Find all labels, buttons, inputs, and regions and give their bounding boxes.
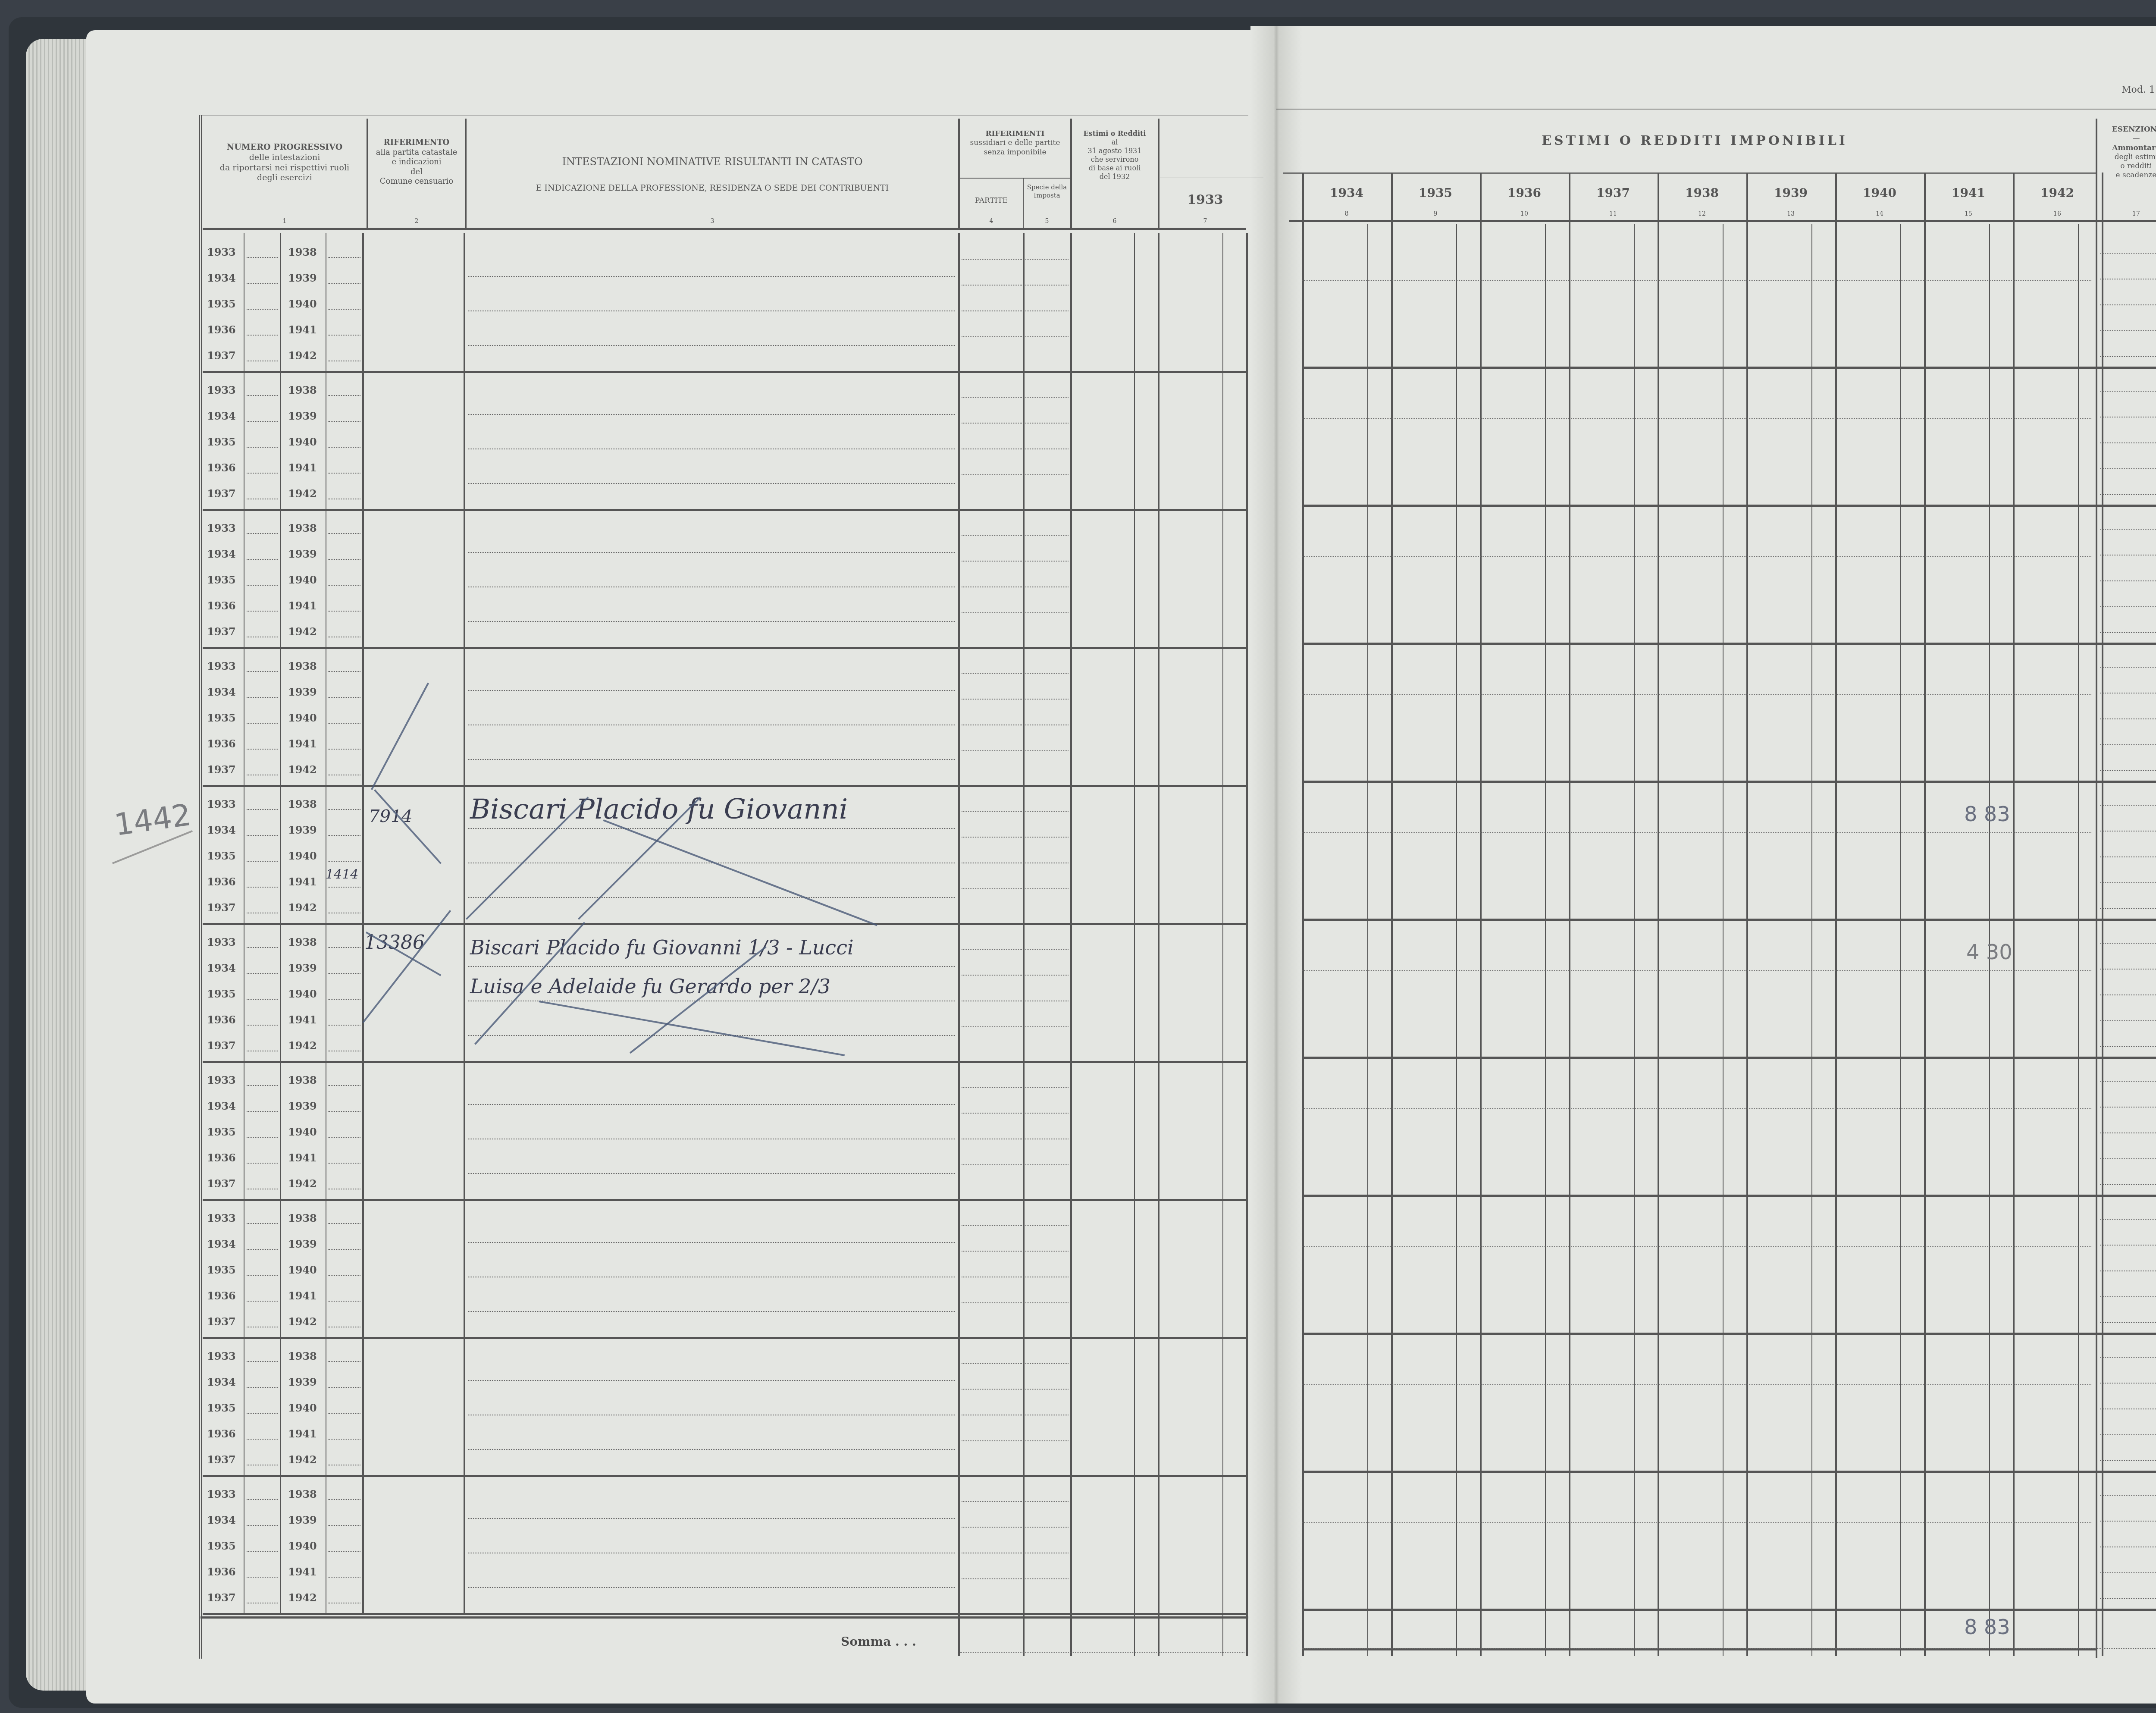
row-year-left: 1933 (207, 660, 236, 672)
year-col-header: 1941 (1924, 185, 2013, 201)
row-year-right: 1942 (288, 1177, 317, 1190)
row-year-right: 1938 (288, 936, 317, 948)
group-divider-right (1302, 781, 2156, 783)
row-year-right: 1941 (288, 323, 317, 336)
form-model-label: Mod. 111 - Imposte Dirette (Intercalare)… (2122, 85, 2156, 95)
row-year-left: 1937 (207, 349, 236, 362)
row-year-left: 1937 (207, 1453, 236, 1466)
year-col-header: 1940 (1835, 185, 1924, 201)
row-year-right: 1942 (288, 487, 317, 500)
header-col6: Estimi o Redditi al 31 agosto 1931 che s… (1072, 129, 1157, 181)
sum-1941: 8 83 (1964, 1615, 2010, 1639)
row-year-left: 1937 (207, 1315, 236, 1328)
row-year-right: 1941 (288, 875, 317, 888)
row-year-left: 1936 (207, 1289, 236, 1302)
row-year-left: 1933 (207, 522, 236, 534)
row-year-right: 1940 (288, 1264, 317, 1276)
value-1941-entry-2: 4 30 (1966, 940, 2012, 964)
row-year-left: 1934 (207, 1238, 236, 1250)
right-page (1276, 26, 2156, 1704)
row-year-left: 1933 (207, 246, 236, 258)
row-year-left: 1933 (207, 384, 236, 396)
row-year-left: 1934 (207, 1100, 236, 1112)
year-col-header: 1942 (2013, 185, 2102, 201)
row-year-right: 1939 (288, 962, 317, 974)
row-year-right: 1939 (288, 824, 317, 836)
row-year-right: 1938 (288, 246, 317, 258)
entry-name-2-line2: Luisa e Adelaide fu Gerardo per 2/3 (470, 975, 830, 998)
header-col3-title: INTESTAZIONI NOMINATIVE RISULTANTI IN CA… (467, 155, 958, 168)
row-year-left: 1933 (207, 936, 236, 948)
left-page (86, 30, 1276, 1704)
year-col-header: 1937 (1569, 185, 1658, 201)
row-year-right: 1940 (288, 1540, 317, 1552)
group-divider-left (203, 923, 1246, 925)
row-year-left: 1937 (207, 901, 236, 914)
row-year-right: 1941 (288, 1427, 317, 1440)
year-col-header: 1934 (1302, 185, 1391, 201)
row-year-left: 1935 (207, 1402, 236, 1414)
group-divider-left (203, 1061, 1246, 1063)
group-divider-left (203, 1613, 1246, 1615)
row-year-left: 1937 (207, 1591, 236, 1604)
row-year-left: 1935 (207, 574, 236, 586)
group-divider-right (1302, 1195, 2156, 1197)
row-year-right: 1938 (288, 1488, 317, 1500)
row-year-left: 1934 (207, 1514, 236, 1526)
row-year-left: 1934 (207, 1376, 236, 1388)
group-divider-right (1302, 1333, 2156, 1335)
row-year-right: 1942 (288, 349, 317, 362)
row-year-right: 1938 (288, 1212, 317, 1224)
row-year-left: 1936 (207, 1566, 236, 1578)
group-divider-right (1302, 1609, 2156, 1611)
row-year-right: 1941 (288, 1013, 317, 1026)
row-year-left: 1936 (207, 461, 236, 474)
group-divider-right (1302, 505, 2156, 507)
row-year-right: 1942 (288, 1453, 317, 1466)
partita-ref-2: 13386 (364, 932, 425, 954)
row-year-left: 1933 (207, 1212, 236, 1224)
extra-ref: 1414 (326, 867, 358, 882)
row-year-right: 1939 (288, 1376, 317, 1388)
row-year-left: 1934 (207, 410, 236, 422)
row-year-right: 1939 (288, 272, 317, 284)
row-year-right: 1941 (288, 1566, 317, 1578)
row-year-right: 1940 (288, 712, 317, 724)
row-year-left: 1934 (207, 962, 236, 974)
header-col4-5: RIFERIMENTI sussidiari e delle partite s… (960, 129, 1070, 157)
row-year-left: 1934 (207, 686, 236, 698)
row-year-left: 1935 (207, 436, 236, 448)
group-divider-left (203, 371, 1246, 373)
row-year-left: 1935 (207, 298, 236, 310)
row-year-right: 1940 (288, 436, 317, 448)
entry-name-1: Biscari Placido fu Giovanni (470, 794, 848, 825)
row-year-right: 1940 (288, 1126, 317, 1138)
row-year-left: 1934 (207, 548, 236, 560)
row-year-right: 1940 (288, 850, 317, 862)
year-col-header: 1938 (1658, 185, 1746, 201)
book-gutter (1250, 26, 1302, 1704)
row-year-left: 1936 (207, 599, 236, 612)
row-year-left: 1933 (207, 1488, 236, 1500)
row-year-left: 1933 (207, 1074, 236, 1086)
row-year-left: 1934 (207, 272, 236, 284)
year-col-header: 1936 (1480, 185, 1569, 201)
group-divider-left (203, 1337, 1246, 1339)
row-year-left: 1935 (207, 1540, 236, 1552)
group-divider-left (203, 785, 1246, 787)
sum-label: Somma . . . (841, 1635, 916, 1649)
row-year-right: 1939 (288, 548, 317, 560)
row-year-right: 1938 (288, 522, 317, 534)
right-header-title: ESTIMI O REDDITI IMPONIBILI (1294, 133, 2096, 149)
row-year-left: 1935 (207, 988, 236, 1000)
row-year-right: 1941 (288, 1289, 317, 1302)
year-col-header: 1939 (1746, 185, 1835, 201)
row-year-left: 1936 (207, 737, 236, 750)
header-exemptions: ESENZIONI — Ammontare degli estimi o red… (2098, 125, 2156, 180)
row-year-left: 1935 (207, 850, 236, 862)
header-col7-year: 1933 (1160, 192, 1250, 208)
entry-name-2-line1: Biscari Placido fu Giovanni 1/3 - Lucci (470, 936, 854, 959)
row-year-right: 1939 (288, 1514, 317, 1526)
row-year-left: 1936 (207, 1151, 236, 1164)
row-year-right: 1938 (288, 1074, 317, 1086)
header-col3-subtitle: E INDICAZIONE DELLA PROFESSIONE, RESIDEN… (467, 183, 958, 194)
row-year-right: 1940 (288, 298, 317, 310)
row-year-left: 1935 (207, 1126, 236, 1138)
group-divider-right (1302, 367, 2156, 369)
row-year-right: 1938 (288, 384, 317, 396)
row-year-left: 1937 (207, 1039, 236, 1052)
group-divider-right (1302, 1471, 2156, 1473)
group-divider-left (203, 1475, 1246, 1477)
row-year-right: 1941 (288, 737, 317, 750)
row-year-right: 1941 (288, 599, 317, 612)
row-year-right: 1938 (288, 660, 317, 672)
row-year-right: 1942 (288, 763, 317, 776)
row-year-right: 1942 (288, 625, 317, 638)
row-year-right: 1940 (288, 574, 317, 586)
row-year-right: 1940 (288, 988, 317, 1000)
row-year-right: 1940 (288, 1402, 317, 1414)
row-year-left: 1935 (207, 712, 236, 724)
header-col2: RIFERIMENTO alla partita catastale e ind… (369, 138, 464, 187)
row-year-right: 1941 (288, 1151, 317, 1164)
row-year-left: 1936 (207, 875, 236, 888)
row-year-left: 1937 (207, 625, 236, 638)
row-year-right: 1938 (288, 1350, 317, 1362)
group-divider-left (203, 647, 1246, 649)
row-year-left: 1936 (207, 1013, 236, 1026)
row-year-right: 1942 (288, 1591, 317, 1604)
row-year-left: 1933 (207, 798, 236, 810)
row-year-left: 1934 (207, 824, 236, 836)
row-year-right: 1939 (288, 410, 317, 422)
group-divider-left (203, 509, 1246, 511)
row-year-right: 1939 (288, 686, 317, 698)
value-1941-entry-1: 8 83 (1964, 802, 2010, 826)
row-year-right: 1939 (288, 1100, 317, 1112)
group-divider-right (1302, 643, 2156, 645)
row-year-right: 1939 (288, 1238, 317, 1250)
group-divider-right (1302, 919, 2156, 921)
row-year-right: 1942 (288, 1039, 317, 1052)
group-divider-left (203, 1199, 1246, 1201)
year-col-header: 1935 (1391, 185, 1480, 201)
row-year-left: 1933 (207, 1350, 236, 1362)
row-year-left: 1937 (207, 763, 236, 776)
row-year-right: 1942 (288, 1315, 317, 1328)
row-year-right: 1941 (288, 461, 317, 474)
row-year-left: 1935 (207, 1264, 236, 1276)
row-year-right: 1942 (288, 901, 317, 914)
header-col1: NUMERO PROGRESSIVO delle intestazioni da… (203, 142, 367, 183)
row-year-left: 1936 (207, 1427, 236, 1440)
group-divider-right (1302, 1057, 2156, 1059)
row-year-left: 1936 (207, 323, 236, 336)
row-year-right: 1938 (288, 798, 317, 810)
row-year-left: 1937 (207, 1177, 236, 1190)
row-year-left: 1937 (207, 487, 236, 500)
